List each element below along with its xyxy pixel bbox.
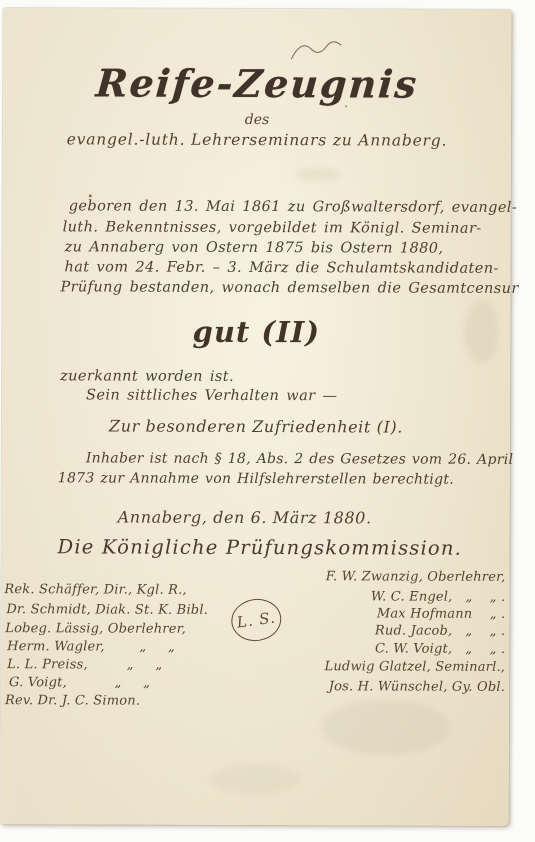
body-line: hat vom 24. Febr. – 3. März die Schulamt… [64, 259, 498, 277]
showthrough-smudge [321, 699, 451, 755]
signature-left: Rev. Dr. J. C. Simon. [5, 693, 140, 708]
signature-left: L. L. Preiss, „ „ [7, 657, 162, 673]
signature-left: G. Voigt, „ „ [9, 675, 150, 690]
showthrough-smudge [211, 764, 301, 794]
body-line: zu Annaberg von Ostern 1875 bis Ostern 1… [65, 239, 444, 256]
scan-background: { "colors": { "paper": "#efe6d0", "ink":… [0, 0, 535, 842]
signature-right: Max Hofmann „ . [271, 606, 505, 622]
body-line: geboren den 13. Mai 1861 zu Großwaltersd… [69, 198, 517, 216]
conduct-grade: Zur besonderen Zufriedenheit (I). [2, 416, 510, 437]
body-line: luth. Bekenntnisses, vorgebildet im Köni… [63, 219, 482, 236]
signature-left: Rek. Schäffer, Dir., Kgl. R., [4, 582, 186, 598]
conduct-intro: Sein sittliches Verhalten war — [86, 387, 337, 404]
seminary-subtitle: evangel.-luth. Lehrerseminars zu Annaber… [3, 130, 511, 150]
signature-left: Dr. Schmidt, Diak. St. K. Bibl. [6, 602, 208, 618]
place-date-line: Annaberg, den 6. März 1880. [118, 508, 372, 528]
signature-right: F. W. Zwanzig, Oberlehrer, [271, 569, 505, 585]
overall-grade: gut (II) [2, 314, 510, 350]
certificate-paper: Reife-Zeugnis des evangel.-luth. Lehrers… [1, 8, 512, 826]
legal-line: 1873 zur Annahme von Hilfslehrerstellen … [58, 470, 454, 487]
signature-left: Lobeg. Lässig, Oberlehrer, [5, 621, 186, 637]
commission-line: Die Königliche Prüfungskommission. [58, 535, 463, 559]
signature-right: Ludwig Glatzel, Seminarl., [271, 659, 505, 675]
signature-right: W. C. Engel, „ „ . [271, 589, 505, 605]
grade-postscript: zuerkannt worden ist. [60, 368, 234, 385]
paper-stain [464, 300, 498, 364]
legal-line: Inhaber ist nach § 18, Abs. 2 des Gesetz… [86, 450, 513, 467]
signature-right: C. W. Voigt, „ „ . [271, 641, 505, 657]
paper-speck [89, 194, 92, 197]
signature-left: Herm. Wagler, „ „ [7, 639, 175, 655]
paper-speck [345, 105, 347, 107]
paper-stain [295, 167, 341, 181]
title-article: des [3, 111, 511, 129]
title-flourish [289, 37, 343, 63]
signature-right: Rud. Jacob, „ „ . [271, 623, 505, 639]
certificate-title: Reife-Zeugnis [2, 60, 513, 107]
signature-right: Jos. H. Wünschel, Gy. Obl. [271, 679, 505, 695]
body-line: Prüfung bestanden, wonach demselben die … [60, 279, 518, 297]
